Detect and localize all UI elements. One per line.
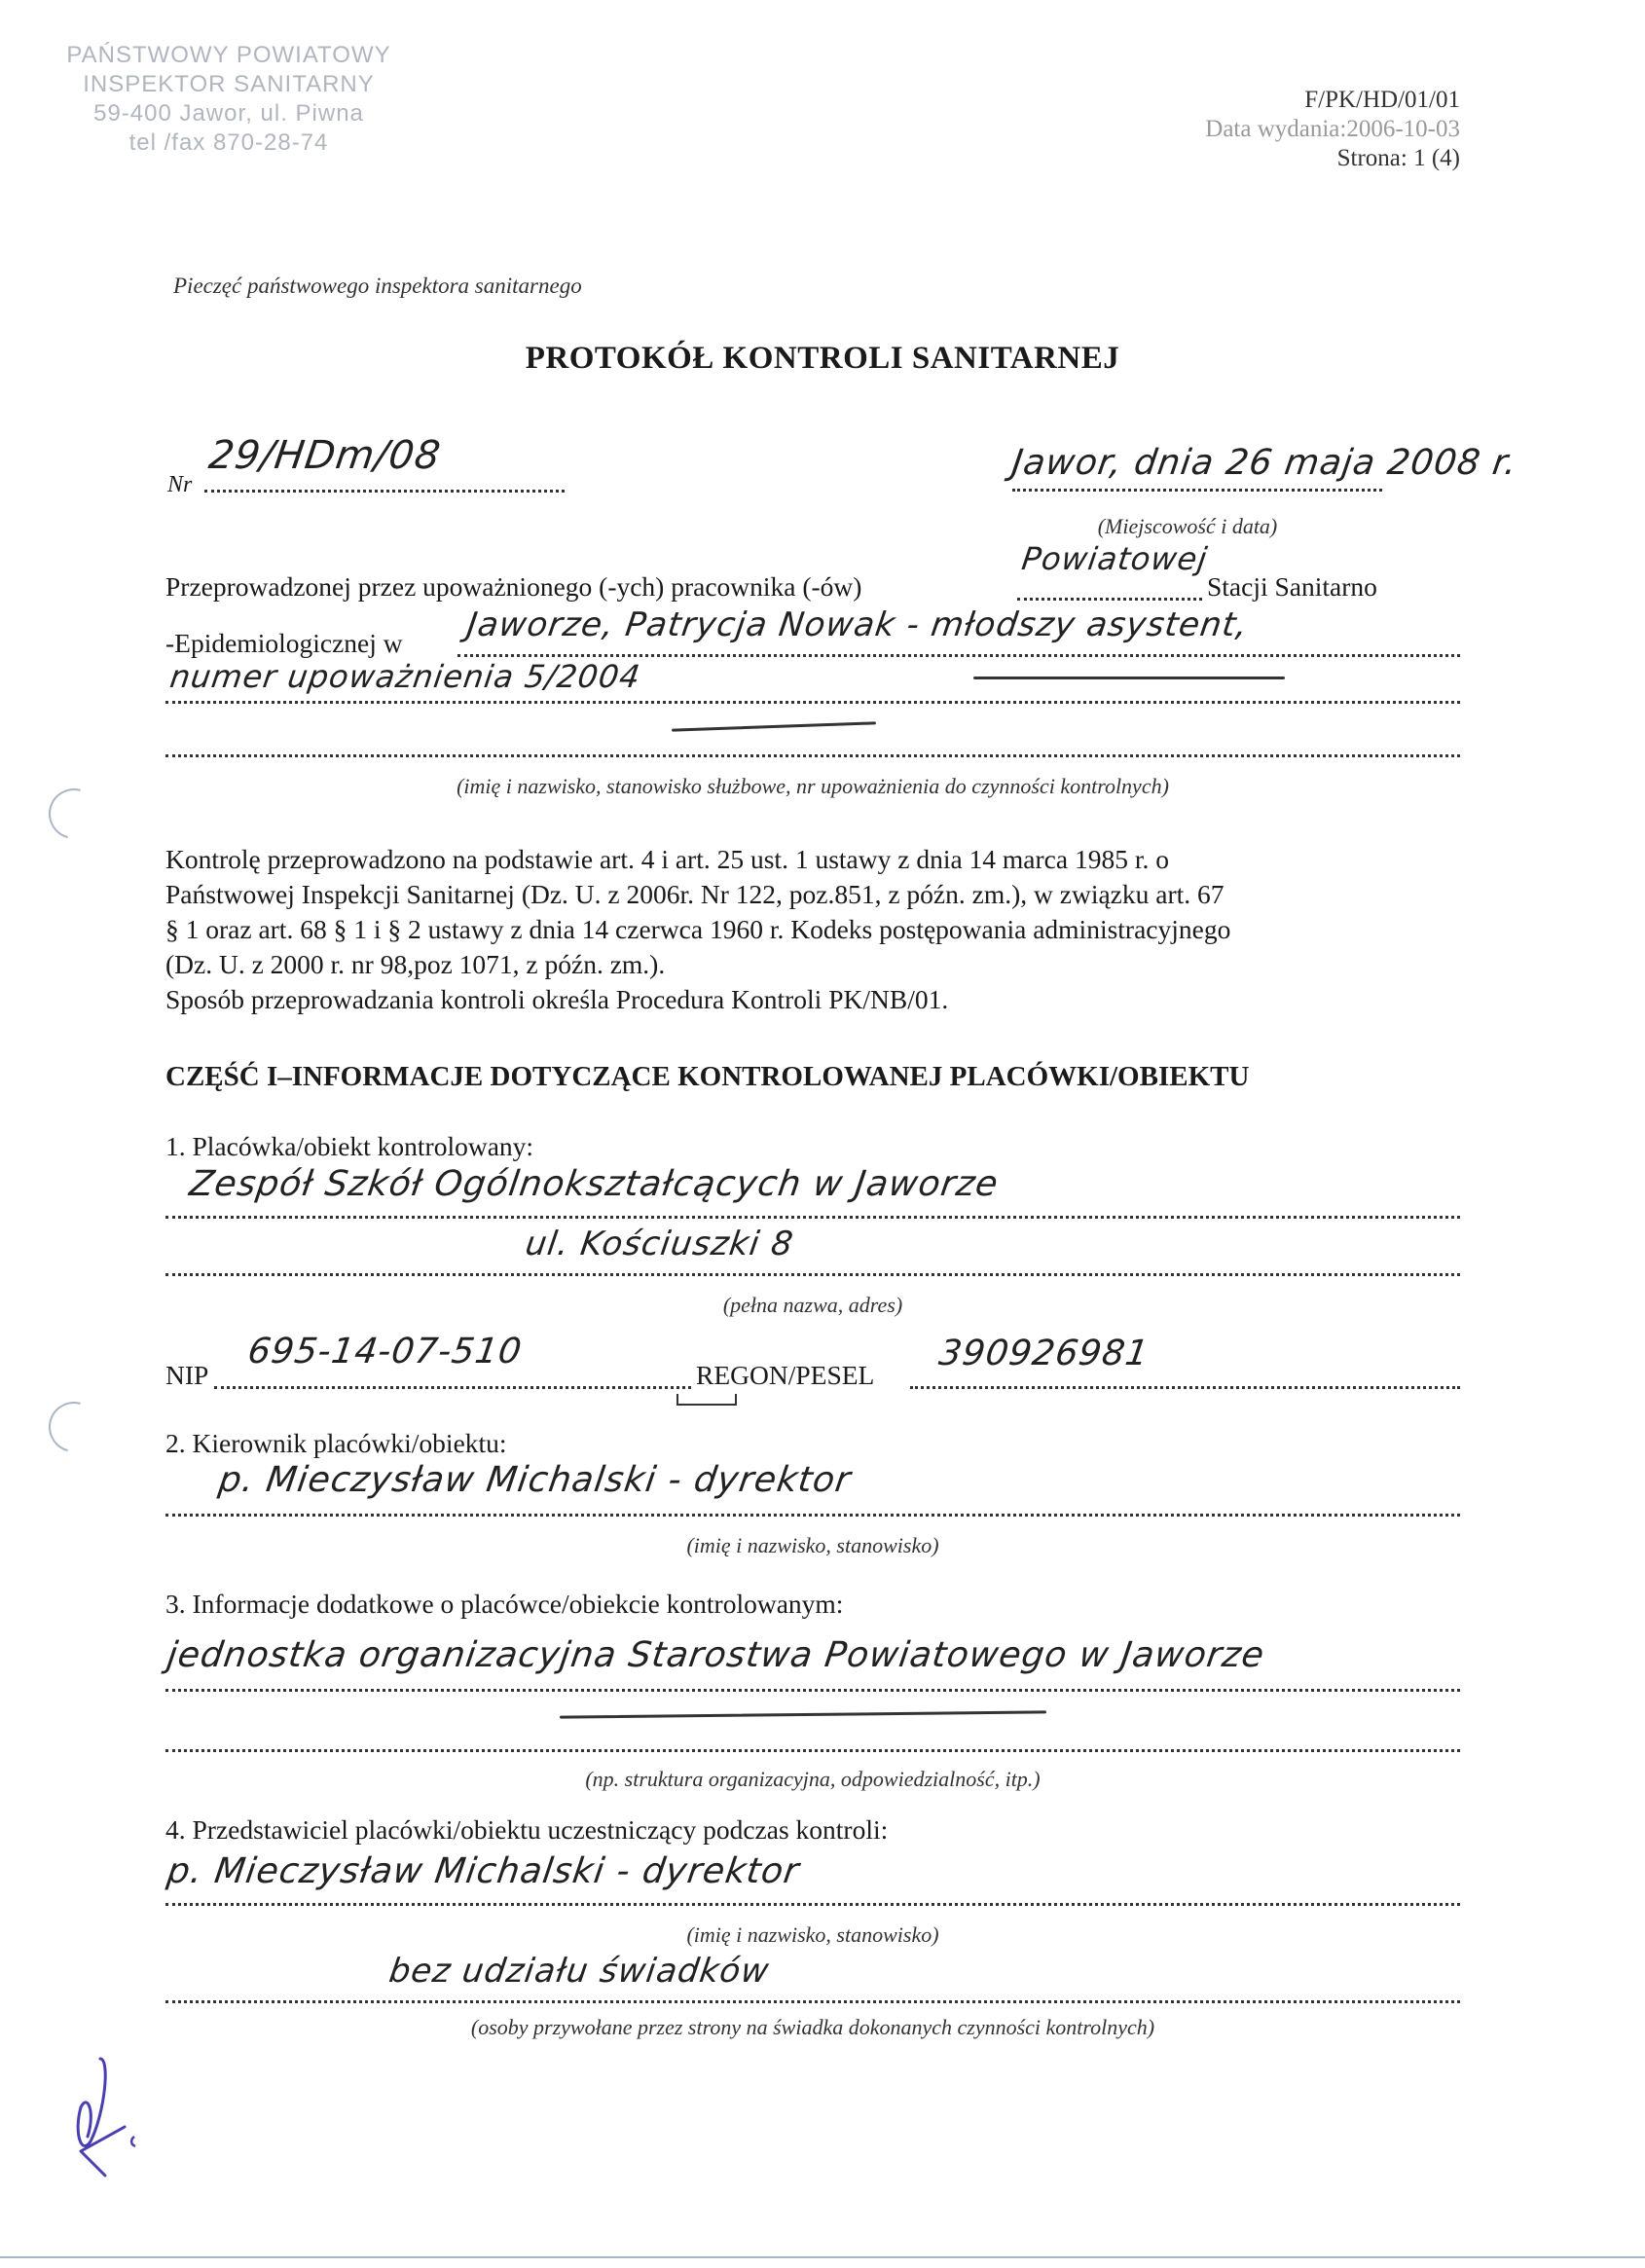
item4-line [165,1903,1460,1906]
punch-hole [39,779,108,848]
pen-stroke [672,721,876,731]
item1-line-2 [165,1273,1460,1276]
legal-basis: Kontrolę przeprowadzono na podstawie art… [165,842,1470,1017]
inspector-line-2 [457,654,1460,657]
item3-line-1 [165,1689,1460,1692]
legal-basis-line: § 1 oraz art. 68 § 1 i § 2 ustawy z dnia… [165,912,1470,947]
facility-name-value: Zespół Szkół Ogólnokształcących w Jaworz… [187,1164,1001,1204]
form-code: F/PK/HD/01/01 [1205,86,1460,115]
issue-date: Data wydania:2006-10-03 [1205,115,1460,144]
item1-caption: (pełna nazwa, adres) [165,1293,1460,1318]
page-edge-line [0,2256,1645,2258]
inspector-caption: (imię i nazwisko, stanowisko służbowe, n… [165,774,1460,799]
inspector-text: Przeprowadzonej przez upoważnionego (-yc… [165,569,861,604]
manager-value: p. Mieczysław Michalski - dyrektor [216,1460,854,1500]
legal-basis-line: (Dz. U. z 2000 r. nr 98,poz 1071, z późn… [165,947,1470,982]
item3-caption: (np. struktura organizacyjna, odpowiedzi… [165,1767,1460,1792]
nip-label: NIP [165,1358,208,1393]
item2-line [165,1514,1460,1517]
regon-label: REGON/PESEL [696,1358,874,1393]
legal-basis-line: Państwowej Inspekcji Sanitarnej (Dz. U. … [165,877,1470,912]
pen-stroke [560,1710,1046,1718]
station-type-value: Powiatowej [1019,540,1210,577]
regon-line [910,1386,1460,1389]
witness-value: bez udziału świadków [386,1952,772,1991]
inspector-stamp: PAŃSTWOWY POWIATOWY INSPEKTOR SANITARNY … [54,41,404,158]
station-text: Stacji Sanitarno [1207,569,1377,604]
stamp-line: PAŃSTWOWY POWIATOWY [54,41,404,70]
pen-bracket [676,1394,737,1406]
document-title: PROTOKÓŁ KONTROLI SANITARNEJ [0,341,1645,377]
witness-caption: (osoby przywołane przez strony na świadk… [165,2015,1460,2040]
item4-label: 4. Przedstawiciel placówki/obiektu uczes… [165,1812,888,1847]
facility-address-value: ul. Kościuszki 8 [523,1225,796,1263]
stamp-line: 59-400 Jawor, ul. Piwna [54,99,404,128]
number-field-line [204,490,565,493]
stamp-line: tel /fax 870-28-74 [54,128,404,158]
inspector-name-value: Jaworze, Patrycja Nowak - młodszy asyste… [464,605,1251,644]
item2-label: 2. Kierownik placówki/obiektu: [165,1426,507,1461]
item4-caption: (imię i nazwisko, stanowisko) [165,1922,1460,1948]
part1-heading: CZĘŚĆ I–INFORMACJE DOTYCZĄCE KONTROLOWAN… [165,1061,1249,1093]
item3-label: 3. Informacje dodatkowe o placówce/obiek… [165,1587,843,1622]
item1-line-1 [165,1216,1460,1219]
station-type-line [1017,598,1202,601]
item1-label: 1. Placówka/obiekt kontrolowany: [165,1129,533,1164]
nip-line [214,1386,691,1389]
place-date-caption: (Miejscowość i data) [1080,514,1295,539]
punch-hole [39,1392,108,1461]
additional-info-value: jednostka organizacyjna Starostwa Powiat… [164,1635,1267,1675]
legal-basis-line: Sposób przeprowadzania kontroli określa … [165,982,1470,1017]
place-date-line [1012,489,1382,492]
inspector-line-3 [165,701,1460,704]
signature-icon [66,2054,144,2180]
nip-value: 695-14-07-510 [245,1332,525,1372]
item2-caption: (imię i nazwisko, stanowisko) [165,1533,1460,1558]
seal-label: Pieczęć państwowego inspektora sanitarne… [173,274,582,299]
place-date-value: Jawor, dnia 26 maja 2008 r. [1009,443,1519,483]
page-number: Strona: 1 (4) [1205,144,1460,173]
epidemiological-text: -Epidemiologicznej w [165,626,403,661]
stamp-line: INSPEKTOR SANITARNY [54,70,404,99]
item3-line-2 [165,1749,1460,1752]
inspector-line-4 [165,754,1460,757]
form-code-block: F/PK/HD/01/01 Data wydania:2006-10-03 St… [1205,86,1460,173]
representative-value: p. Mieczysław Michalski - dyrektor [164,1851,802,1891]
number-value: 29/HDm/08 [206,433,444,478]
legal-basis-line: Kontrolę przeprowadzono na podstawie art… [165,842,1470,877]
regon-value: 390926981 [936,1334,1151,1373]
number-label: Nr [167,467,192,502]
witness-line [165,2000,1460,2003]
authorization-value: numer upoważnienia 5/2004 [167,658,642,695]
pen-stroke [973,677,1285,679]
